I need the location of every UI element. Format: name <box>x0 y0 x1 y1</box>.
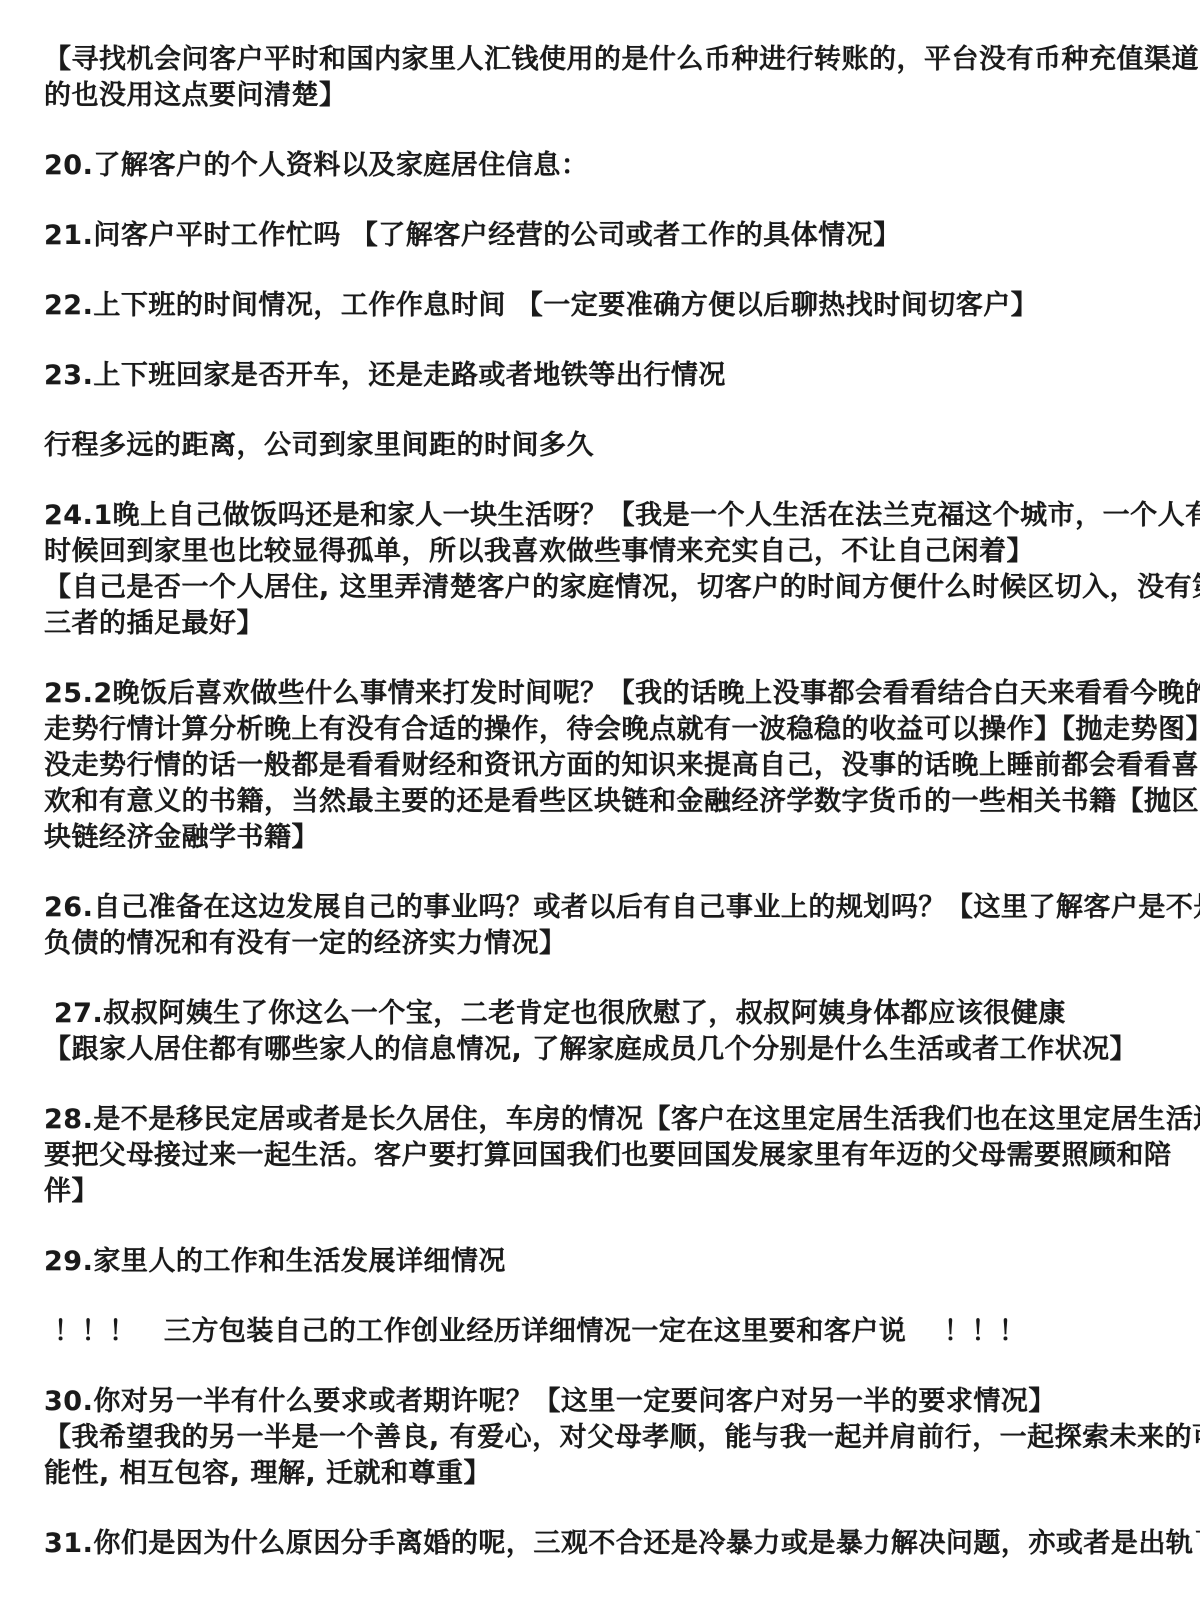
text-line: 【寻找机会问客户平时和国内家里人汇钱使用的是什么币种进行转账的，平台没有币种充值… <box>44 42 1170 78</box>
text-line: 行程多远的距离，公司到家里间距的时间多久 <box>44 428 1170 464</box>
paragraph-item-31: 31.你们是因为什么原因分手离婚的呢，三观不合还是冷暴力或是暴力解决问题，亦或者… <box>44 1526 1170 1562</box>
text-line: 26.自己准备在这边发展自己的事业吗？或者以后有自己事业上的规划吗？【这里了解客… <box>44 890 1170 926</box>
paragraph-emphasis-note: ！！！ 三方包装自己的工作创业经历详细情况一定在这里要和客户说 ！！！ <box>44 1314 1170 1350</box>
paragraph-item-30: 30.你对另一半有什么要求或者期许呢？【这里一定要问客户对另一半的要求情况】 【… <box>44 1384 1170 1492</box>
text-line: 20.了解客户的个人资料以及家庭居住信息： <box>44 148 1170 184</box>
paragraph-item-29: 29.家里人的工作和生活发展详细情况 <box>44 1244 1170 1280</box>
text-line: 欢和有意义的书籍，当然最主要的还是看些区块链和金融经济学数字货币的一些相关书籍【… <box>44 784 1170 820</box>
paragraph-item-27: 27.叔叔阿姨生了你这么一个宝，二老肯定也很欣慰了，叔叔阿姨身体都应该很健康 【… <box>44 996 1170 1068</box>
paragraph-item-25: 25.2晚饭后喜欢做些什么事情来打发时间呢？【我的话晚上没事都会看看结合白天来看… <box>44 676 1170 856</box>
paragraph-item-26: 26.自己准备在这边发展自己的事业吗？或者以后有自己事业上的规划吗？【这里了解客… <box>44 890 1170 962</box>
text-line: 【自己是否一个人居住, 这里弄清楚客户的家庭情况，切客户的时间方便什么时候区切入… <box>44 570 1170 606</box>
paragraph-item-21: 21.问客户平时工作忙吗 【了解客户经营的公司或者工作的具体情况】 <box>44 218 1170 254</box>
paragraph-item-20: 20.了解客户的个人资料以及家庭居住信息： <box>44 148 1170 184</box>
text-line: 负债的情况和有没有一定的经济实力情况】 <box>44 926 1170 962</box>
paragraph-item-24: 24.1晚上自己做饭吗还是和家人一块生活呀？【我是一个人生活在法兰克福这个城市，… <box>44 498 1170 642</box>
text-line: 伴】 <box>44 1174 1170 1210</box>
text-line: 31.你们是因为什么原因分手离婚的呢，三观不合还是冷暴力或是暴力解决问题，亦或者… <box>44 1526 1170 1562</box>
text-line: 21.问客户平时工作忙吗 【了解客户经营的公司或者工作的具体情况】 <box>44 218 1170 254</box>
text-line: 【我希望我的另一半是一个善良, 有爱心，对父母孝顺，能与我一起并肩前行，一起探索… <box>44 1420 1170 1456</box>
text-line: 走势行情计算分析晚上有没有合适的操作，待会晚点就有一波稳稳的收益可以操作】【抛走… <box>44 712 1170 748</box>
text-line: 块链经济金融学书籍】 <box>44 820 1170 856</box>
paragraph-item-23: 23.上下班回家是否开车，还是走路或者地铁等出行情况 <box>44 358 1170 394</box>
text-line: 30.你对另一半有什么要求或者期许呢？【这里一定要问客户对另一半的要求情况】 <box>44 1384 1170 1420</box>
text-line: 28.是不是移民定居或者是长久居住，车房的情况【客户在这里定居生活我们也在这里定… <box>44 1102 1170 1138</box>
text-line: 27.叔叔阿姨生了你这么一个宝，二老肯定也很欣慰了，叔叔阿姨身体都应该很健康 <box>44 996 1170 1032</box>
paragraph-item-23-continued: 行程多远的距离，公司到家里间距的时间多久 <box>44 428 1170 464</box>
text-line: 22.上下班的时间情况，工作作息时间 【一定要准确方便以后聊热找时间切客户】 <box>44 288 1170 324</box>
text-line: 【跟家人居住都有哪些家人的信息情况, 了解家庭成员几个分别是什么生活或者工作状况… <box>44 1032 1170 1068</box>
document-page: 【寻找机会问客户平时和国内家里人汇钱使用的是什么币种进行转账的，平台没有币种充值… <box>0 0 1200 1582</box>
text-line: 23.上下班回家是否开车，还是走路或者地铁等出行情况 <box>44 358 1170 394</box>
paragraph-item-22: 22.上下班的时间情况，工作作息时间 【一定要准确方便以后聊热找时间切客户】 <box>44 288 1170 324</box>
text-line: 三者的插足最好】 <box>44 606 1170 642</box>
text-line: 要把父母接过来一起生活。客户要打算回国我们也要回国发展家里有年迈的父母需要照顾和… <box>44 1138 1170 1174</box>
text-line: 29.家里人的工作和生活发展详细情况 <box>44 1244 1170 1280</box>
text-line: ！！！ 三方包装自己的工作创业经历详细情况一定在这里要和客户说 ！！！ <box>44 1314 1170 1350</box>
text-line: 24.1晚上自己做饭吗还是和家人一块生活呀？【我是一个人生活在法兰克福这个城市，… <box>44 498 1170 534</box>
text-line: 25.2晚饭后喜欢做些什么事情来打发时间呢？【我的话晚上没事都会看看结合白天来看… <box>44 676 1170 712</box>
text-line: 能性, 相互包容, 理解, 迁就和尊重】 <box>44 1456 1170 1492</box>
paragraph-item-28: 28.是不是移民定居或者是长久居住，车房的情况【客户在这里定居生活我们也在这里定… <box>44 1102 1170 1210</box>
text-line: 的也没用这点要问清楚】 <box>44 78 1170 114</box>
paragraph-note-currency: 【寻找机会问客户平时和国内家里人汇钱使用的是什么币种进行转账的，平台没有币种充值… <box>44 42 1170 114</box>
text-line: 没走势行情的话一般都是看看财经和资讯方面的知识来提高自己，没事的话晚上睡前都会看… <box>44 748 1170 784</box>
text-line: 时候回到家里也比较显得孤单，所以我喜欢做些事情来充实自己，不让自己闲着】 <box>44 534 1170 570</box>
